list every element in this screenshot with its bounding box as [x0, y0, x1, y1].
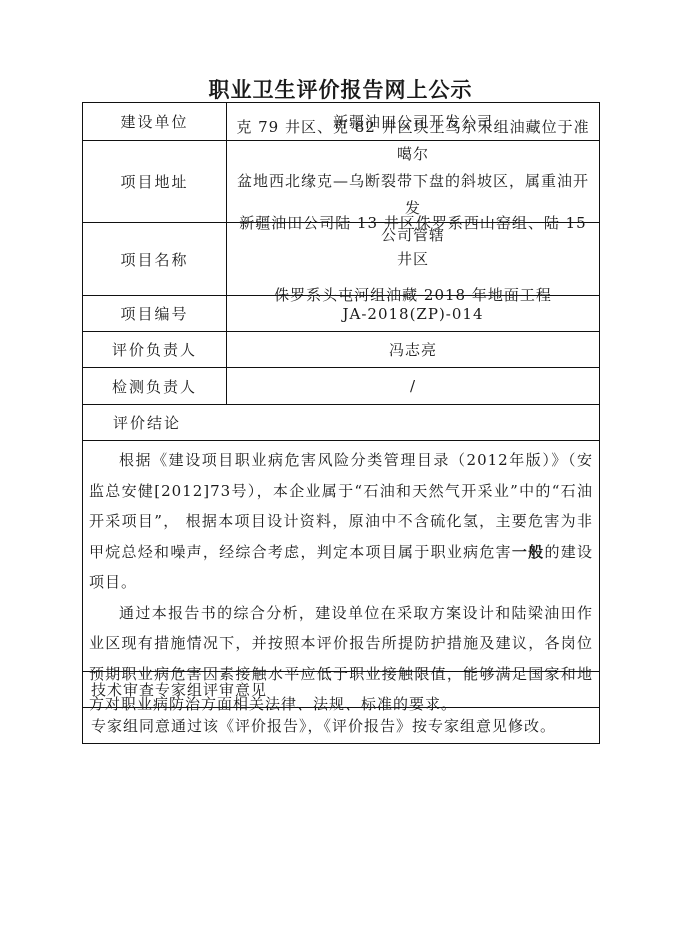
label-project-address: 项目地址 — [83, 141, 227, 222]
row-testing-lead: 检测负责人 / — [83, 368, 599, 405]
label-review: 技术审查专家组评审意见 — [83, 672, 275, 707]
row-project-number: 项目编号 JA-2018(ZP)-014 — [83, 296, 599, 332]
label-conclusion: 评价结论 — [83, 405, 189, 440]
label-project-name: 项目名称 — [83, 223, 227, 295]
label-testing-lead: 检测负责人 — [83, 368, 227, 404]
row-conclusion-body: 根据《建设项目职业病危害风险分类管理目录（2012年版）》（安监总安健[2012… — [83, 441, 599, 672]
label-construction-unit: 建设单位 — [83, 103, 227, 140]
value-evaluation-lead: 冯志亮 — [227, 332, 599, 367]
conclusion-text: 根据《建设项目职业病危害风险分类管理目录（2012年版）》（安监总安健[2012… — [83, 441, 599, 671]
conclusion-paragraph-1: 根据《建设项目职业病危害风险分类管理目录（2012年版）》（安监总安健[2012… — [89, 445, 593, 598]
row-conclusion-label: 评价结论 — [83, 405, 599, 441]
page-title: 职业卫生评价报告网上公示 — [0, 74, 681, 104]
row-evaluation-lead: 评价负责人 冯志亮 — [83, 332, 599, 368]
row-review-opinion: 专家组同意通过该《评价报告》，《评价报告》按专家组意见修改。 — [83, 708, 599, 744]
value-project-name: 新疆油田公司陆 13 井区侏罗系西山窑组、陆 15 井区 侏罗系头屯河组油藏 2… — [227, 223, 599, 295]
value-project-number: JA-2018(ZP)-014 — [227, 296, 599, 331]
disclosure-table: 建设单位 新疆油田公司开发公司 项目地址 克 79 井区、克 82 井区块上乌尔… — [82, 102, 600, 744]
review-opinion: 专家组同意通过该《评价报告》，《评价报告》按专家组意见修改。 — [83, 708, 564, 743]
value-testing-lead: / — [227, 368, 599, 404]
label-project-number: 项目编号 — [83, 296, 227, 331]
label-evaluation-lead: 评价负责人 — [83, 332, 227, 367]
row-project-name: 项目名称 新疆油田公司陆 13 井区侏罗系西山窑组、陆 15 井区 侏罗系头屯河… — [83, 223, 599, 296]
